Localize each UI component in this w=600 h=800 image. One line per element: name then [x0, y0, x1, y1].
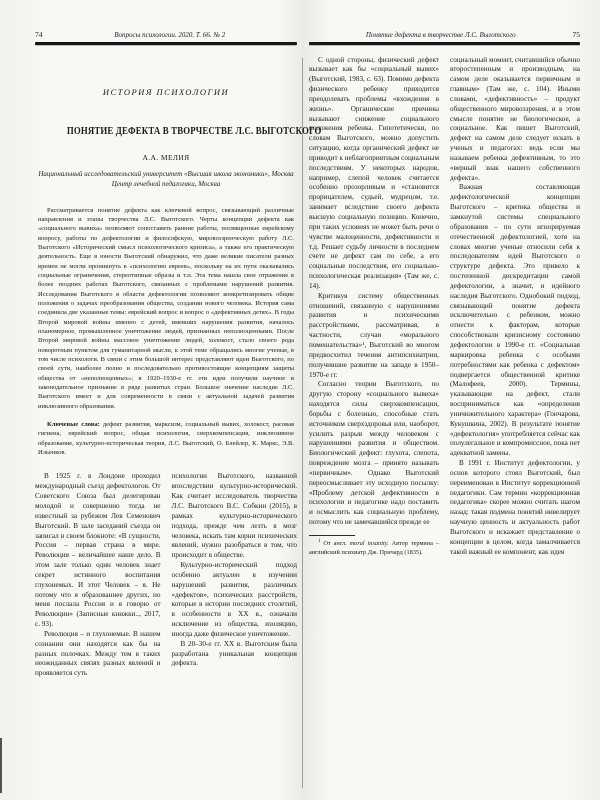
article-title-text: ПОНЯТИЕ ДЕФЕКТА В ТВОРЧЕСТВЕ Л.С. ВЫГОТС…: [67, 125, 322, 137]
footnote-term: moral insanity.: [350, 540, 389, 547]
footnote-text-pre: От англ.: [321, 540, 350, 547]
right-page-column-2: социальный момент, считавшийся обычно вт…: [450, 56, 580, 558]
running-head-left-text: Вопросы психологии. 2020. Т. 66. № 2: [43, 31, 298, 39]
header-rule-left: [35, 42, 297, 45]
paragraph: Важная составляющая дефектологической ко…: [450, 183, 580, 459]
section-heading: ИСТОРИЯ ПСИХОЛОГИИ: [35, 87, 297, 97]
page-right: Понятие дефекта в творчестве Л.С. Выготс…: [309, 30, 580, 558]
keywords-label: Ключевые слова:: [47, 421, 100, 428]
running-head-right: Понятие дефекта в творчестве Л.С. Выготс…: [309, 30, 580, 39]
paragraph: В 1991 г. Институт дефектологии, у основ…: [450, 459, 580, 557]
keywords-block: Ключевые слова: дефект развития, марксиз…: [38, 420, 294, 457]
page-left: 74 Вопросы психологии. 2020. Т. 66. № 2 …: [35, 30, 297, 679]
abstract-text: Рассматривается понятие дефекта как ключ…: [38, 206, 294, 412]
body-columns-right-page: С одной стороны, физический дефект вызыв…: [309, 56, 580, 558]
footnote-separator: [309, 535, 355, 536]
left-page-column-1: В 1925 г. в Лондоне проходил международн…: [35, 472, 161, 679]
paragraph: Культурно-исторический подход особенно а…: [172, 561, 298, 640]
paragraph: Критикуя систему общественных отношений,…: [309, 292, 439, 381]
paragraph: С одной стороны, физический дефект вызыв…: [309, 56, 439, 292]
article-title: ПОНЯТИЕ ДЕФЕКТА В ТВОРЧЕСТВЕ Л.С. ВЫГОТС…: [35, 125, 297, 137]
paragraph: В 20–30-е гг. XX в. Выготским была разра…: [172, 640, 298, 670]
paragraph: Согласно теории Выготского, по другую ст…: [309, 380, 439, 528]
body-columns-left-page: В 1925 г. в Лондоне проходил международн…: [35, 472, 297, 679]
paragraph: Революция – и глухонемые. В нашем сознан…: [35, 630, 161, 679]
page-number-left: 74: [35, 30, 43, 39]
running-head-left: 74 Вопросы психологии. 2020. Т. 66. № 2: [35, 30, 297, 39]
footnote: 1 От англ. moral insanity. Автор термина…: [309, 540, 439, 558]
footnote-block: 1 От англ. moral insanity. Автор термина…: [309, 535, 439, 558]
journal-spread: 74 Вопросы психологии. 2020. Т. 66. № 2 …: [0, 0, 600, 800]
keywords-paragraph: Ключевые слова: дефект развития, марксиз…: [38, 420, 294, 457]
author-name: А.А. МЕЛИЯ: [35, 153, 297, 162]
paragraph: психологии Выготского, названной впослед…: [172, 472, 298, 561]
page-gutter-line: [302, 58, 303, 788]
affiliation-block: Национальный исследовательский университ…: [35, 169, 297, 190]
left-page-column-2: психологии Выготского, названной впослед…: [172, 472, 298, 679]
right-page-column-1: С одной стороны, физический дефект вызыв…: [309, 56, 439, 558]
running-head-right-text: Понятие дефекта в творчестве Л.С. Выготс…: [309, 31, 573, 39]
header-rule-right: [309, 42, 580, 45]
affiliation-line-2: Центр лечебной педагогики, Москва: [35, 179, 297, 190]
abstract: Рассматривается понятие дефекта как ключ…: [38, 206, 294, 412]
paragraph: социальный момент, считавшийся обычно вт…: [450, 56, 580, 184]
page-number-right: 75: [573, 30, 581, 39]
paragraph: В 1925 г. в Лондоне проходил международн…: [35, 472, 161, 630]
scan-edge-artifact: [0, 738, 2, 793]
affiliation-line-1: Национальный исследовательский университ…: [35, 169, 297, 180]
